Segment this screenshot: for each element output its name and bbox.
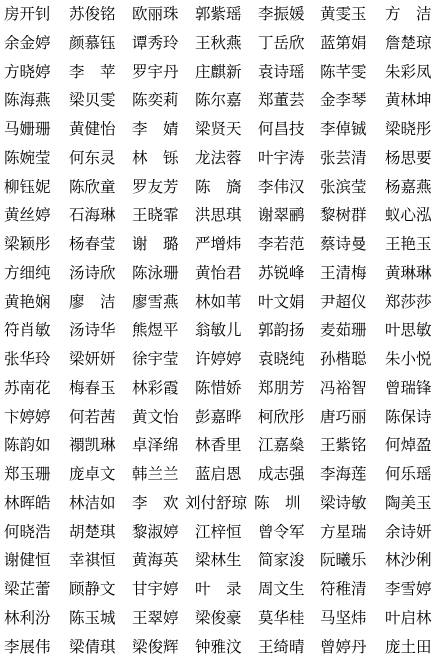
name-cell: 苏俊铭 <box>69 0 116 28</box>
name-cell: 严增炜 <box>195 230 242 258</box>
name-cell: 袁诗瑶 <box>258 58 305 86</box>
name-row: 何晓浩胡楚琪黎淑婷江梓恒曾令军方星瑞余诗妍 <box>0 518 439 546</box>
name-cell: 杨思要 <box>385 144 432 172</box>
name-cell: 王绮晴 <box>258 633 305 661</box>
name-cell: 何乐瑶 <box>385 460 432 488</box>
name-cell: 郑莎莎 <box>385 288 432 316</box>
name-cell: 林彩霞 <box>132 374 179 402</box>
name-cell: 陈韵如 <box>4 431 51 459</box>
name-cell: 符稚清 <box>320 575 367 603</box>
name-cell: 马坚炜 <box>320 604 367 632</box>
name-cell: 李展伟 <box>4 633 51 661</box>
name-row: 符肖敏汤诗华熊煜平翁敏儿郭韵扬麦茹珊叶思敏 <box>0 316 439 344</box>
name-cell: 李雪婷 <box>385 575 432 603</box>
name-cell: 梁林生 <box>195 546 242 574</box>
name-cell: 梅春玉 <box>69 374 116 402</box>
name-cell: 方细纯 <box>4 259 51 287</box>
name-cell: 陈欣童 <box>69 173 116 201</box>
name-cell: 梁妍妍 <box>69 345 116 373</box>
name-cell: 黄雯玉 <box>320 0 367 28</box>
name-cell: 林如苇 <box>195 288 242 316</box>
name-cell: 王清梅 <box>320 259 367 287</box>
name-cell: 李振媛 <box>258 0 305 28</box>
name-cell: 徐宇莹 <box>132 345 179 373</box>
name-cell: 韩兰兰 <box>132 460 179 488</box>
name-cell: 余金婷 <box>4 29 51 57</box>
name-cell: 曾婷丹 <box>320 633 367 661</box>
name-cell: 朱彩凤 <box>385 58 432 86</box>
name-cell: 苏锐峰 <box>258 259 305 287</box>
name-cell: 江梓恒 <box>195 518 242 546</box>
name-cell: 何东灵 <box>69 144 116 172</box>
name-cell: 叶启林 <box>385 604 432 632</box>
name-cell: 金李琴 <box>320 86 367 114</box>
name-cell: 李海莲 <box>320 460 367 488</box>
name-cell: 李倬铖 <box>320 115 367 143</box>
name-cell: 卞婷婷 <box>4 403 51 431</box>
name-cell: 梁晓彤 <box>385 115 432 143</box>
name-cell: 方星瑞 <box>320 518 367 546</box>
name-cell: 林洁如 <box>69 489 116 517</box>
name-cell: 梁倩琪 <box>69 633 116 661</box>
name-cell: 梁芷蕾 <box>4 575 51 603</box>
name-cell: 詹楚琼 <box>385 29 432 57</box>
name-cell: 梁俊辉 <box>132 633 179 661</box>
name-cell: 梁贤天 <box>195 115 242 143</box>
name-cell: 王紫铭 <box>320 431 367 459</box>
name-cell: 唐巧丽 <box>320 403 367 431</box>
name-cell: 王秋燕 <box>195 29 242 57</box>
name-cell: 梁颖彤 <box>4 230 51 258</box>
name-cell: 林利汾 <box>4 604 51 632</box>
name-cell: 王艳玉 <box>385 230 432 258</box>
name-row: 张华玲梁妍妍徐宇莹许婷婷袁晓纯孙楷聪朱小悦 <box>0 345 439 373</box>
name-cell: 朱小悦 <box>385 345 432 373</box>
name-cell: 谢健恒 <box>4 546 51 574</box>
name-cell: 郭紫瑶 <box>195 0 242 28</box>
name-cell: 黄海英 <box>132 546 179 574</box>
name-cell: 张滨莹 <box>320 173 367 201</box>
name-row: 梁颖彤杨春莹谢 璐严增炜李若范蔡诗曼王艳玉 <box>0 230 439 258</box>
name-cell: 黎淑婷 <box>132 518 179 546</box>
name-cell: 庞土田 <box>385 633 432 661</box>
name-row: 陈海燕梁贝雯陈奕莉陈尔嘉郑董芸金李琴黄林坤 <box>0 86 439 114</box>
name-cell: 蔡诗曼 <box>320 230 367 258</box>
name-cell: 陈惜娇 <box>195 374 242 402</box>
name-cell: 蓝第娟 <box>320 29 367 57</box>
name-row: 谢健恒幸祺恒黄海英梁林生简家浚阮曦乐林沙俐 <box>0 546 439 574</box>
name-cell: 钟雅汶 <box>195 633 242 661</box>
name-row: 方晓婷李 苹罗宇丹庄麒新袁诗瑶陈芊雯朱彩凤 <box>0 58 439 86</box>
name-cell: 廖 洁 <box>69 288 116 316</box>
name-cell: 黄琳琳 <box>385 259 432 287</box>
name-cell: 袁晓纯 <box>258 345 305 373</box>
name-cell: 禤凯琳 <box>69 431 116 459</box>
name-cell: 郑玉珊 <box>4 460 51 488</box>
name-cell: 蓝启恩 <box>195 460 242 488</box>
name-cell: 罗宇丹 <box>132 58 179 86</box>
name-cell: 黄林坤 <box>385 86 432 114</box>
name-cell: 甘宇婷 <box>132 575 179 603</box>
name-cell: 江嘉燊 <box>258 431 305 459</box>
name-cell: 张芸清 <box>320 144 367 172</box>
name-cell: 冯裕智 <box>320 374 367 402</box>
name-cell: 尹超仪 <box>320 288 367 316</box>
name-row: 梁芷蕾顾静文甘宇婷叶 录周文生符稚清李雪婷 <box>0 575 439 603</box>
name-cell: 郑董芸 <box>258 86 305 114</box>
name-cell: 林 铄 <box>132 144 179 172</box>
name-cell: 曾瑞锋 <box>385 374 432 402</box>
name-cell: 李 苹 <box>69 58 116 86</box>
name-row: 马姗珊黄健怡李 婧梁贤天何昌技李倬铖梁晓彤 <box>0 115 439 143</box>
name-cell: 梁俊豪 <box>195 604 242 632</box>
name-cell: 陈海燕 <box>4 86 51 114</box>
name-cell: 蚁心泓 <box>385 201 432 229</box>
name-cell: 王翠婷 <box>132 604 179 632</box>
name-cell: 陈 圳 <box>254 489 301 517</box>
name-cell: 孙楷聪 <box>320 345 367 373</box>
name-cell: 梁诗敏 <box>320 489 367 517</box>
name-row: 陈婉莹何东灵林 铄龙法蓉叶宇涛张芸清杨思要 <box>0 144 439 172</box>
name-cell: 柳钰妮 <box>4 173 51 201</box>
name-cell: 彭嘉晔 <box>195 403 242 431</box>
name-cell: 幸祺恒 <box>69 546 116 574</box>
name-row: 卞婷婷何若茜黄文怡彭嘉晔柯欣彤唐巧丽陈保诗 <box>0 403 439 431</box>
name-row: 房开钊苏俊铭欧丽珠郭紫瑶李振媛黄雯玉方 洁 <box>0 0 439 28</box>
name-cell: 郑朋芳 <box>258 374 305 402</box>
name-cell: 马姗珊 <box>4 115 51 143</box>
name-cell: 丁岳欣 <box>258 29 305 57</box>
name-cell: 周文生 <box>258 575 305 603</box>
name-row: 黄艳娴廖 洁廖雪燕林如苇叶文娟尹超仪郑莎莎 <box>0 288 439 316</box>
name-cell: 黄艳娴 <box>4 288 51 316</box>
name-cell: 叶思敏 <box>385 316 432 344</box>
name-cell: 符肖敏 <box>4 316 51 344</box>
name-cell: 郭韵扬 <box>258 316 305 344</box>
name-cell: 罗友芳 <box>132 173 179 201</box>
name-cell: 陶美玉 <box>385 489 432 517</box>
name-cell: 洪思琪 <box>195 201 242 229</box>
name-cell: 余诗妍 <box>385 518 432 546</box>
name-cell: 苏南花 <box>4 374 51 402</box>
name-row: 郑玉珊庞卓文韩兰兰蓝启恩成志强李海莲何乐瑶 <box>0 460 439 488</box>
name-cell: 阮曦乐 <box>320 546 367 574</box>
name-cell: 颜慕钰 <box>69 29 116 57</box>
name-cell: 房开钊 <box>4 0 51 28</box>
name-row: 林晖皓林洁如李 欢刘付舒琼陈 圳梁诗敏陶美玉 <box>0 489 439 517</box>
name-cell: 陈婉莹 <box>4 144 51 172</box>
name-cell: 庄麒新 <box>195 58 242 86</box>
name-cell: 庞卓文 <box>69 460 116 488</box>
name-cell: 何晓浩 <box>4 518 51 546</box>
name-cell: 许婷婷 <box>195 345 242 373</box>
name-cell: 胡楚琪 <box>69 518 116 546</box>
name-cell: 曾令军 <box>258 518 305 546</box>
name-cell: 黎树群 <box>320 201 367 229</box>
name-row: 陈韵如禤凯琳卓泽绵林香里江嘉燊王紫铭何焯盈 <box>0 431 439 459</box>
name-cell: 黄文怡 <box>132 403 179 431</box>
name-cell: 何焯盈 <box>385 431 432 459</box>
name-cell: 谢翠鹂 <box>258 201 305 229</box>
name-cell: 麦茹珊 <box>320 316 367 344</box>
name-cell: 陈奕莉 <box>132 86 179 114</box>
name-cell: 简家浚 <box>258 546 305 574</box>
name-grid: 房开钊苏俊铭欧丽珠郭紫瑶李振媛黄雯玉方 洁余金婷颜慕钰谭秀玲王秋燕丁岳欣蓝第娟詹… <box>0 0 439 662</box>
name-cell: 李伟汉 <box>258 173 305 201</box>
name-cell: 方晓婷 <box>4 58 51 86</box>
name-cell: 叶宇涛 <box>258 144 305 172</box>
name-cell: 叶文娟 <box>258 288 305 316</box>
name-cell: 陈 旖 <box>195 173 242 201</box>
name-cell: 王晓霏 <box>132 201 179 229</box>
name-row: 余金婷颜慕钰谭秀玲王秋燕丁岳欣蓝第娟詹楚琼 <box>0 29 439 57</box>
name-cell: 黄怡君 <box>195 259 242 287</box>
name-cell: 刘付舒琼 <box>185 489 247 517</box>
name-cell: 陈保诗 <box>385 403 432 431</box>
name-cell: 莫华桂 <box>258 604 305 632</box>
name-cell: 翁敏儿 <box>195 316 242 344</box>
name-cell: 叶 录 <box>195 575 242 603</box>
name-cell: 熊煜平 <box>132 316 179 344</box>
name-cell: 张华玲 <box>4 345 51 373</box>
name-row: 黄丝婷石海琳王晓霏洪思琪谢翠鹂黎树群蚁心泓 <box>0 201 439 229</box>
name-cell: 顾静文 <box>69 575 116 603</box>
name-cell: 龙法蓉 <box>195 144 242 172</box>
name-row: 柳钰妮陈欣童罗友芳陈 旖李伟汉张滨莹杨嘉燕 <box>0 173 439 201</box>
name-cell: 何若茜 <box>69 403 116 431</box>
name-cell: 汤诗欣 <box>69 259 116 287</box>
name-cell: 李 欢 <box>132 489 179 517</box>
name-cell: 李若范 <box>258 230 305 258</box>
name-cell: 廖雪燕 <box>132 288 179 316</box>
name-cell: 柯欣彤 <box>258 403 305 431</box>
name-cell: 陈泳珊 <box>132 259 179 287</box>
name-row: 苏南花梅春玉林彩霞陈惜娇郑朋芳冯裕智曾瑞锋 <box>0 374 439 402</box>
name-cell: 林沙俐 <box>385 546 432 574</box>
name-cell: 杨春莹 <box>69 230 116 258</box>
name-cell: 陈芊雯 <box>320 58 367 86</box>
name-cell: 方 洁 <box>385 0 432 28</box>
name-cell: 卓泽绵 <box>132 431 179 459</box>
name-cell: 黄健怡 <box>69 115 116 143</box>
name-cell: 成志强 <box>258 460 305 488</box>
name-cell: 李 婧 <box>132 115 179 143</box>
name-cell: 陈玉城 <box>69 604 116 632</box>
name-cell: 陈尔嘉 <box>195 86 242 114</box>
name-cell: 石海琳 <box>69 201 116 229</box>
name-cell: 谢 璐 <box>132 230 179 258</box>
name-cell: 黄丝婷 <box>4 201 51 229</box>
name-cell: 梁贝雯 <box>69 86 116 114</box>
name-cell: 林香里 <box>195 431 242 459</box>
name-cell: 何昌技 <box>258 115 305 143</box>
name-row: 方细纯汤诗欣陈泳珊黄怡君苏锐峰王清梅黄琳琳 <box>0 259 439 287</box>
name-cell: 欧丽珠 <box>132 0 179 28</box>
name-row: 李展伟梁倩琪梁俊辉钟雅汶王绮晴曾婷丹庞土田 <box>0 633 439 661</box>
name-cell: 林晖皓 <box>4 489 51 517</box>
name-row: 林利汾陈玉城王翠婷梁俊豪莫华桂马坚炜叶启林 <box>0 604 439 632</box>
name-cell: 杨嘉燕 <box>385 173 432 201</box>
name-cell: 谭秀玲 <box>132 29 179 57</box>
name-cell: 汤诗华 <box>69 316 116 344</box>
